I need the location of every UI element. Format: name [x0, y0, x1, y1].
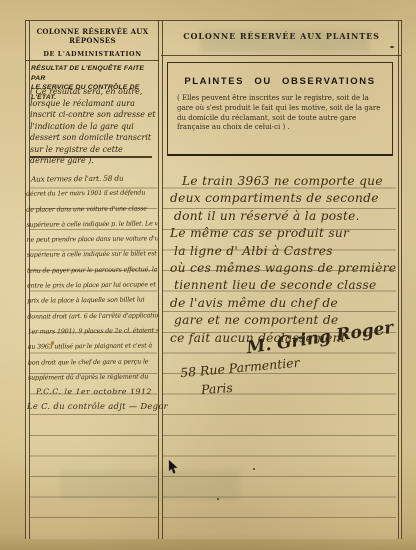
handwriting-line: supérieure à celle indiquée p. le billet…: [26, 216, 157, 233]
handwriting-line: décret du 1er mars 1901 il est défendu: [26, 186, 157, 203]
admin-signature: Le C. du contrôle adjt — Degor: [27, 401, 168, 411]
paper-speck: [253, 468, 255, 470]
left-column-title-line2: DE L'ADMINISTRATION: [30, 50, 155, 58]
handwriting-line: dont il un réservé à la poste.: [166, 208, 396, 225]
handwriting-line: la ligne d' Albi à Castres: [166, 243, 396, 260]
handwriting-line: tenu de payer pour le parcours effectué,…: [27, 262, 158, 279]
admin-date-line: P.C.C. le 1er octobre 1912: [36, 387, 152, 396]
ink-bleedthrough-smudge: [60, 470, 240, 500]
mouse-cursor-icon: [168, 460, 179, 475]
handwriting-line: donnait droit (art. 6 de l'arrêté d'appl…: [27, 308, 158, 325]
handwriting-line: ne peut prendre place dans une voiture d…: [27, 232, 158, 249]
register-page: COLONNE RÉSERVÉE AUX RÉPONSES DE L'ADMIN…: [0, 0, 416, 550]
admin-handwriting: Aux termes de l'art. 58 du décret du 1er…: [26, 170, 159, 386]
complainant-address-line2: Paris: [201, 380, 234, 397]
handwriting-line: entre le prix de la place par lui occupé…: [27, 277, 158, 294]
handwriting-line: supérieure à celle indiquée sur le bille…: [27, 247, 158, 264]
ink-bleedthrough-smudge: [200, 30, 370, 52]
admin-note: ( Ce résultat sera, en outre, lorsque le…: [30, 86, 157, 167]
handwriting-line: de placer dans une voiture d'une classe: [26, 201, 157, 218]
handwriting-line: 1er mars 1901). 9 places de 2e cl. étaie…: [27, 323, 158, 340]
handwriting-line: supplément dû d'après le règlement du: [28, 369, 159, 386]
handwriting-line: où ces mêmes wagons de première: [166, 260, 396, 277]
frame-right-border-inner: [398, 20, 399, 539]
rust-speck: [51, 341, 54, 345]
handwriting-line: de l'avis même du chef de: [166, 295, 396, 312]
handwriting-line: deux compartiments de seconde: [166, 190, 396, 207]
paper-speck: [390, 46, 394, 48]
frame-top-border: [25, 20, 402, 21]
plaintes-box: PLAINTES OU OBSERVATIONS ( Elles peuvent…: [167, 62, 393, 156]
plaintes-box-note: ( Elles peuvent être inscrites sur le re…: [177, 94, 383, 133]
left-column-title-line1: COLONNE RÉSERVÉE AUX RÉPONSES: [30, 27, 155, 45]
plaintes-box-title: PLAINTES OU OBSERVATIONS: [168, 76, 392, 87]
frame-right-border-outer: [401, 20, 402, 539]
handwriting-line: au 3963 utilisé par le plaignant et c'es…: [28, 339, 159, 356]
left-header-underline: [25, 60, 159, 61]
handwriting-line: Le même cas se produit sur: [166, 225, 396, 242]
left-column-header: COLONNE RÉSERVÉE AUX RÉPONSES DE L'ADMIN…: [30, 27, 155, 58]
handwriting-line: tiennent lieu de seconde classe: [166, 277, 396, 294]
handwriting-line: bon droit que le chef de gare a perçu le: [28, 354, 159, 371]
handwriting-line: Aux termes de l'art. 58 du: [26, 170, 157, 187]
admin-subheader-line1: RÉSULTAT DE L'ENQUÊTE FAITE PAR: [31, 64, 157, 83]
handwriting-line: prix de la place à laquelle son billet l…: [27, 293, 158, 310]
column-divider-left: [158, 20, 159, 539]
handwriting-line: Le train 3963 ne comporte que: [166, 173, 396, 190]
right-header-underline: [161, 55, 401, 56]
paper-speck: [217, 498, 219, 500]
